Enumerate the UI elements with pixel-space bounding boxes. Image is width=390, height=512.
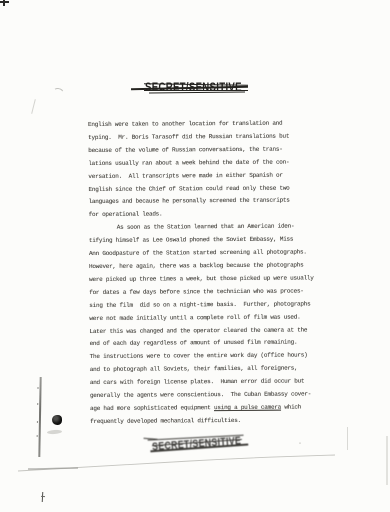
scanned-document-page: SECRET/SENSITIVE English were taken to a…	[0, 0, 390, 512]
scan-curl-artifact	[51, 87, 65, 101]
scan-speck: "	[299, 443, 301, 449]
page-fold-line	[38, 377, 41, 457]
classification-stamp-top: SECRET/SENSITIVE	[131, 80, 249, 95]
document-line: sing the film did so on a night-time bas…	[89, 298, 329, 313]
classification-stamp-bottom: SECRET/SENSITIVE	[148, 432, 249, 456]
line-text: age had more sophisticated equipment	[90, 404, 214, 412]
line-text: which	[281, 403, 301, 410]
document-line: age had more sophisticated equipment usi…	[90, 401, 330, 416]
strike-line	[144, 90, 248, 91]
document-body: English were taken to another location f…	[88, 117, 330, 428]
document-line: were not made initially until a complete…	[89, 311, 329, 326]
document-line: for dates a few days before since the te…	[89, 285, 329, 300]
scan-line-artifact	[347, 427, 348, 450]
scan-edge-line	[386, 436, 388, 485]
ink-smudge	[47, 429, 62, 434]
pen-mark	[42, 492, 44, 502]
ink-blot	[52, 415, 62, 425]
document-line: frequently developed mechanical difficul…	[90, 414, 330, 429]
underlined-phrase: using a pulse camera	[214, 404, 281, 411]
scan-scratch-artifact	[31, 99, 36, 114]
corner-registration-mark	[0, 1, 9, 3]
